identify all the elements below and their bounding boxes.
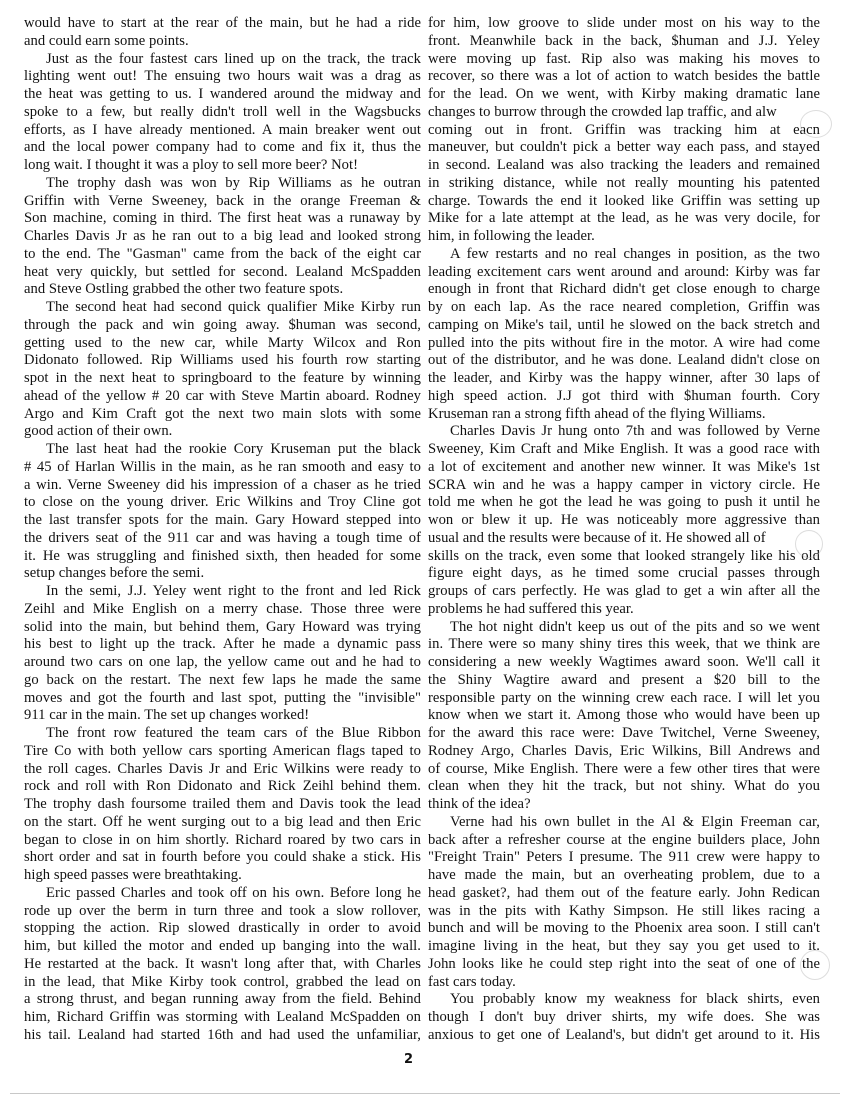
text-line: won or blew it up. He was noticeably mor… — [428, 512, 820, 530]
text-line: Argo and Kim Craft got the next two main… — [24, 406, 421, 424]
text-line: him, but killed the motor and ended up b… — [24, 938, 421, 956]
right-column: for him, low groove to slide under most … — [428, 15, 820, 1045]
text-line: usual and the results were because of it… — [428, 530, 820, 548]
text-line: a win. Verne Sweeney did his impression … — [24, 477, 421, 495]
text-line: Just as the four fastest cars lined up o… — [24, 51, 421, 69]
text-line: groups of cars perfectly. He was glad to… — [428, 583, 820, 601]
text-line: The hot night didn't keep us out of the … — [428, 619, 820, 637]
text-line: rode up over the berm in turn three and … — [24, 903, 421, 921]
text-line: to close on the young driver. Eric Wilki… — [24, 494, 421, 512]
text-line: Rodney Argo, Charles Davis, Eric Wilkins… — [428, 743, 820, 761]
text-line: skills on the track, even some that look… — [428, 548, 820, 566]
text-line: Tire Co with both yellow cars sporting A… — [24, 743, 421, 761]
text-line: problems he had suffered this year. — [428, 601, 820, 619]
text-line: out of the distributor, and he was done.… — [428, 352, 820, 370]
text-line: him, in following the leader. — [428, 228, 820, 246]
page-number: 2 — [404, 1052, 413, 1067]
text-line: though I don't buy driver shirts, my wif… — [428, 1009, 820, 1027]
text-line: a strong thrust, and began running away … — [24, 991, 421, 1009]
text-line: The trophy dash was won by Rip Williams … — [24, 175, 421, 193]
text-line: You probably know my weakness for black … — [428, 991, 820, 1009]
text-line: on the start. Off he went surging out to… — [24, 814, 421, 832]
text-line: in second. Lealand was also tracking the… — [428, 157, 820, 175]
scan-artifact — [800, 950, 830, 980]
text-line: his tail. Lealand had started 16th and h… — [24, 1027, 421, 1045]
text-line: rock and roll with Ron Didonato and Rick… — [24, 778, 421, 796]
text-line: through the pack and win going away. $hu… — [24, 317, 421, 335]
text-line: fast cars today. — [428, 974, 820, 992]
text-line: in striking distance, while not really m… — [428, 175, 820, 193]
text-line: by on each lap. As the race neared compl… — [428, 299, 820, 317]
text-line: imagine living in the heat, but they say… — [428, 938, 820, 956]
text-line: Charles Davis Jr hung onto 7th and was f… — [428, 423, 820, 441]
text-line: for him, low groove to slide under most … — [428, 15, 820, 33]
text-line: told me when he got the lead he was goin… — [428, 494, 820, 512]
text-line: began to close in on him shortly. Richar… — [24, 832, 421, 850]
text-line: in the lead, that Mike Kirby took contro… — [24, 974, 421, 992]
text-line: spot in the next heat to springboard to … — [24, 370, 421, 388]
text-line: the heat was getting to us. I wandered a… — [24, 86, 421, 104]
text-line: "Freight Train" Peters I presume. The 91… — [428, 849, 820, 867]
text-line: a lot of excitement and another new winn… — [428, 459, 820, 477]
document-page: would have to start at the rear of the m… — [0, 0, 850, 1100]
text-line: lighting went out! The ensuing two hours… — [24, 68, 421, 86]
left-column: would have to start at the rear of the m… — [24, 15, 421, 1045]
text-line: for the award this race were: Dave Twitc… — [428, 725, 820, 743]
text-line: and could earn some points. — [24, 33, 421, 51]
text-line: Sweeney, Kim Craft and Mike English. It … — [428, 441, 820, 459]
text-line: moves and got the fourth and last spot, … — [24, 690, 421, 708]
text-line: maneuver, but couldn't pick a better way… — [428, 139, 820, 157]
text-line: ahead of the yellow # 20 car with Steve … — [24, 388, 421, 406]
text-line: The last heat had the rookie Cory Krusem… — [24, 441, 421, 459]
text-line: the drivers seat of the 911 car and was … — [24, 530, 421, 548]
text-line: The trophy dash foursome trailed them an… — [24, 796, 421, 814]
text-line: bunch and will be moving to the Phoenix … — [428, 920, 820, 938]
text-line: anxious to get one of Lealand's, but did… — [428, 1027, 820, 1045]
text-line: and Steve Ostling grabbed the other two … — [24, 281, 421, 299]
text-line: 911 car in the main. The set up changes … — [24, 707, 421, 725]
text-line: solid into the main, but behind them, Ga… — [24, 619, 421, 637]
text-line: A few restarts and no real changes in po… — [428, 246, 820, 264]
text-line: figure eight days, as he timed some cruc… — [428, 565, 820, 583]
text-line: short order and sat in fourth before you… — [24, 849, 421, 867]
text-line: SCRA win and he was a happy camper in vi… — [428, 477, 820, 495]
text-line: The front row featured the team cars of … — [24, 725, 421, 743]
text-line: efforts, as I have already mentioned. A … — [24, 122, 421, 140]
text-line: in. There were so many shiny tires this … — [428, 636, 820, 654]
text-line: Kruseman ran a strong fifth ahead of the… — [428, 406, 820, 424]
text-line: for the lead. On we went, with Kirby mak… — [428, 86, 820, 104]
text-line: around two cars on one lap, the yellow c… — [24, 654, 421, 672]
text-line: # 45 of Harlan Willis in the main, as he… — [24, 459, 421, 477]
text-line: leading excitement cars went around and … — [428, 264, 820, 282]
text-line: high speed passes were breathtaking. — [24, 867, 421, 885]
text-line: the last transfer spots for the main. Ga… — [24, 512, 421, 530]
text-line: considering a new weekly Wagtimes award … — [428, 654, 820, 672]
text-line: charge. Towards the end it looked like G… — [428, 193, 820, 211]
text-line: have made the main, but an overheating p… — [428, 867, 820, 885]
text-line: Didonato followed. Rip Williams used his… — [24, 352, 421, 370]
text-line: think of the idea? — [428, 796, 820, 814]
text-line: and the local power company had to come … — [24, 139, 421, 157]
text-line: He restarted at the back. It wasn't long… — [24, 956, 421, 974]
text-line: camping on Mike's tail, until he slowed … — [428, 317, 820, 335]
text-line: enough in front that Richard didn't get … — [428, 281, 820, 299]
text-line: Eric passed Charles and took off on his … — [24, 885, 421, 903]
text-line: recover, so there was a lot of action to… — [428, 68, 820, 86]
text-line: Son machine, coming in third. The first … — [24, 210, 421, 228]
text-line: getting used to the new car, while Marty… — [24, 335, 421, 353]
text-line: responsible party on the winning crew ea… — [428, 690, 820, 708]
text-line: spoke to a few, but really didn't troll … — [24, 104, 421, 122]
text-line: pulled into the pits without fire in the… — [428, 335, 820, 353]
text-line: long wait. I thought it was a ploy to se… — [24, 157, 421, 175]
text-line: In the semi, J.J. Yeley went right to th… — [24, 583, 421, 601]
text-line: Verne had his own bullet in the Al & Elg… — [428, 814, 820, 832]
text-line: Griffin with Verne Sweeney, back in the … — [24, 193, 421, 211]
text-line: Mike for a late attempt at the lead, as … — [428, 210, 820, 228]
text-line: Charles Davis Jr as he ran out to a big … — [24, 228, 421, 246]
text-line: would have to start at the rear of the m… — [24, 15, 421, 33]
text-line: stopping the action. Rip slowed drastica… — [24, 920, 421, 938]
scan-artifact — [800, 110, 832, 138]
text-line: clean when they hit the track, but not s… — [428, 778, 820, 796]
text-line: good action of their own. — [24, 423, 421, 441]
text-line: high speed action. J.J got third with $h… — [428, 388, 820, 406]
text-line: his best to light up the track. After he… — [24, 636, 421, 654]
text-line: The second heat had second quick qualifi… — [24, 299, 421, 317]
text-line: it. He was struggling and finished sixth… — [24, 548, 421, 566]
text-line: Zeihl and Mike English on a merry chase.… — [24, 601, 421, 619]
page-bottom-edge — [10, 1093, 840, 1094]
text-line: go back on the restart. The next few lap… — [24, 672, 421, 690]
scan-artifact — [795, 530, 823, 558]
text-line: were moving up fast. Rip also was making… — [428, 51, 820, 69]
text-line: John looks like he could step right into… — [428, 956, 820, 974]
text-line: head gasket?, had them out of the featur… — [428, 885, 820, 903]
text-line: to the end. The "Gasman" came from the b… — [24, 246, 421, 264]
text-line: setup changes before the semi. — [24, 565, 421, 583]
text-line: him, Richard Griffin was storming with L… — [24, 1009, 421, 1027]
text-line: front. Meanwhile back in the back, $huma… — [428, 33, 820, 51]
text-line: coming out in front. Griffin was trackin… — [428, 122, 820, 140]
text-line: heat very quickly, but settled for secon… — [24, 264, 421, 282]
text-line: back after a refresher course at the eng… — [428, 832, 820, 850]
text-line: changes to burrow through the crowded la… — [428, 104, 820, 122]
text-line: the leader, and Kirby was the happy winn… — [428, 370, 820, 388]
text-line: the roll cages. Charles Davis Jr and Eri… — [24, 761, 421, 779]
text-line: was in the pits with Kathy Simpson. He s… — [428, 903, 820, 921]
text-line: the Shiny Wagtire award and present a $2… — [428, 672, 820, 690]
text-line: know when we start it. Among those who w… — [428, 707, 820, 725]
text-line: of course, Mike English. There were a fe… — [428, 761, 820, 779]
